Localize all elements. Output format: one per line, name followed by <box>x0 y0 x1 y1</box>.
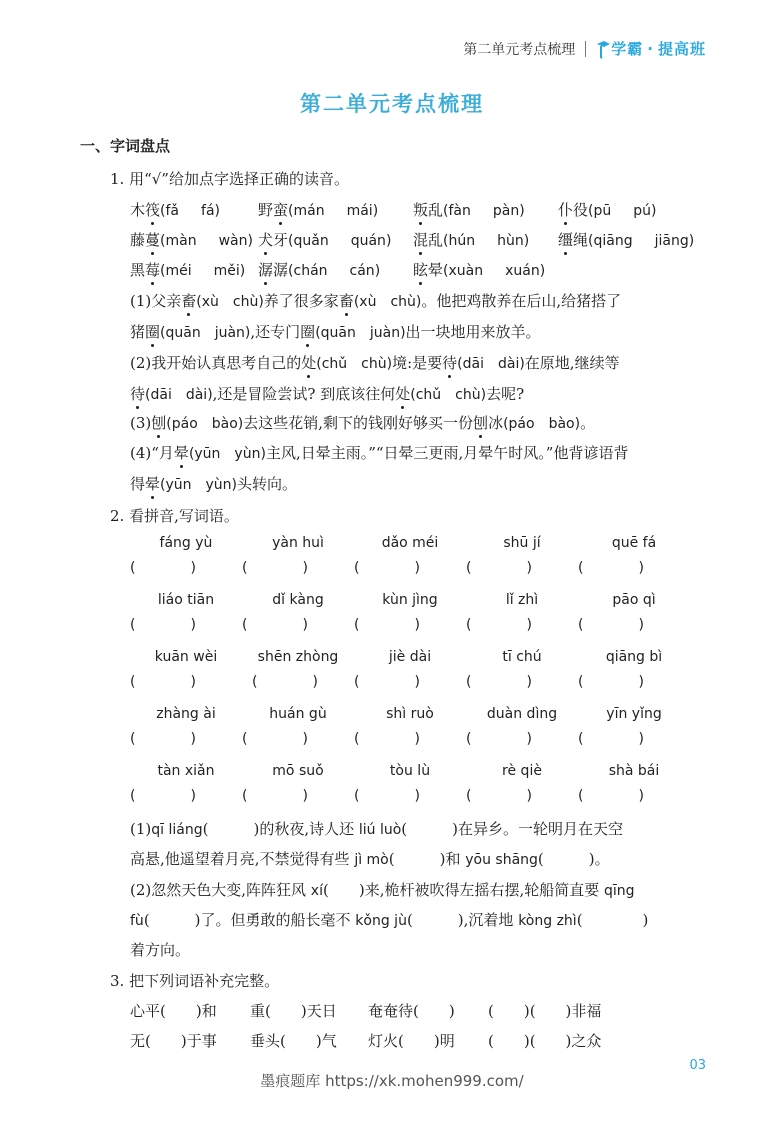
idiom-blank[interactable]: 重( )天日 <box>250 1000 368 1021</box>
pinyin-prompt: yōu shāng <box>465 852 538 868</box>
reading-option[interactable]: pàn <box>493 203 519 219</box>
dotted-char: 蛮 <box>273 199 288 220</box>
sentence-1-line-1: (1)父亲畜(xù chù)养了很多家畜(xù chù)。他把鸡散养在后山,给猪… <box>130 290 621 311</box>
dotted-char: 畜 <box>181 290 196 311</box>
reading-choice[interactable]: (dāi dài) <box>457 356 525 372</box>
pinyin-label: shì ruò <box>354 706 466 722</box>
answer-blank[interactable]: () <box>354 731 420 747</box>
reading-choice[interactable]: (quān juàn) <box>160 325 250 341</box>
answer-blank[interactable]: () <box>130 731 196 747</box>
answer-blank[interactable]: () <box>130 560 196 576</box>
reading-choice[interactable]: (xù chù) <box>196 294 264 310</box>
question-3-title: 3. 把下列词语补充完整。 <box>110 970 279 991</box>
pinyin-label: rè qiè <box>466 763 578 779</box>
word-row-3: 黑莓(méiměi)潺潺(cháncán)眩晕(xuànxuán) <box>130 259 573 280</box>
pinyin-prompt: kǒng jù <box>355 913 407 929</box>
dotted-char: 莓 <box>145 259 160 280</box>
pinyin-label: lǐ zhì <box>466 592 578 608</box>
answer-blank[interactable]: () <box>354 560 420 576</box>
answer-blank[interactable]: () <box>466 674 532 690</box>
reading-option[interactable]: quán <box>351 233 386 249</box>
pinyin-label: pāo qì <box>578 592 690 608</box>
idiom-blank[interactable]: ( )( )之众 <box>488 1030 601 1051</box>
pinyin-label: dǎo méi <box>354 535 466 551</box>
answer-blank[interactable]: () <box>466 560 532 576</box>
reading-option[interactable]: wàn <box>219 233 248 249</box>
pinyin-label: tī chú <box>466 649 578 665</box>
answer-blank[interactable]: () <box>466 731 532 747</box>
reading-option[interactable]: měi <box>214 263 240 279</box>
running-header: 第二单元考点梳理 学霸 · 提高班 <box>463 38 706 59</box>
footer-watermark: 墨痕题库 https://xk.mohen999.com/ <box>0 1070 784 1091</box>
word-item: 缰绳(qiāngjiāng) <box>558 229 718 250</box>
idiom-blank[interactable]: 无( )于事 <box>130 1030 250 1051</box>
word-item: 木筏(fǎfá) <box>130 199 258 220</box>
dotted-char: 待 <box>442 352 457 373</box>
page-title: 第二单元考点梳理 <box>0 88 784 118</box>
idiom-row-1: 心平( )和重( )天日奄奄待( )( )( )非福 <box>130 1000 601 1021</box>
pinyin-row: liáo tiān dǐ kàng kùn jìng lǐ zhì pāo qì <box>130 592 650 608</box>
answer-blank[interactable]: () <box>578 731 644 747</box>
dotted-char: 犬 <box>258 229 273 250</box>
passage-1-line-1: (1)qī liáng( )的秋夜,诗人还 liú luò( )在异乡。一轮明月… <box>130 818 623 839</box>
reading-option[interactable]: jiāng <box>655 233 689 249</box>
reading-choice[interactable]: (quān juàn) <box>315 325 405 341</box>
reading-option[interactable]: fàn <box>449 203 471 219</box>
pinyin-prompt: xí <box>311 883 323 899</box>
reading-choice[interactable]: (dāi dài) <box>145 387 213 403</box>
answer-blank[interactable]: () <box>130 788 196 804</box>
pinyin-label: kuān wèi <box>130 649 242 665</box>
reading-option[interactable]: màn <box>166 233 197 249</box>
reading-option[interactable]: xuàn <box>449 263 484 279</box>
fill-blank[interactable]: ( )的秋夜,诗人还 <box>203 820 359 838</box>
pinyin-label: yàn huì <box>242 535 354 551</box>
fill-blank[interactable]: ( )和 <box>389 850 465 868</box>
sentence-3: (3)刨(páo bào)去这些花销,剩下的钱刚好够买一份刨冰(páo bào)… <box>130 412 595 433</box>
pinyin-prompt: liú luò <box>359 822 401 838</box>
answer-row: () () () () () <box>130 560 650 576</box>
pinyin-label: fáng yù <box>130 535 242 551</box>
pinyin-label: tàn xiǎn <box>130 763 242 779</box>
dotted-char: 蔓 <box>145 229 160 250</box>
pinyin-label: mō suǒ <box>242 763 354 779</box>
dotted-char: 待 <box>130 383 145 404</box>
fill-blank[interactable]: ( )在异乡。一轮明月在天空 <box>401 820 623 838</box>
passage-2-line-3: 着方向。 <box>130 939 190 960</box>
reading-option[interactable]: xuán <box>505 263 540 279</box>
fill-blank[interactable]: ( )来,桅杆被吹得左摇右摆,轮船简直要 <box>323 881 604 899</box>
answer-blank[interactable]: () <box>242 731 308 747</box>
dotted-char: 仆 <box>558 199 573 220</box>
dotted-char: 缰 <box>558 229 573 250</box>
dotted-char: 晕 <box>145 473 160 494</box>
reading-choice[interactable]: (páo bào) <box>503 416 580 432</box>
dotted-char: 刨 <box>151 412 166 433</box>
passage-1-line-2: 高悬,他遥望着月亮,不禁觉得有些 jì mò( )和 yōu shāng( )。 <box>130 848 610 869</box>
dotted-char: 眩 <box>413 259 428 280</box>
pinyin-row: tàn xiǎn mō suǒ tòu lù rè qiè shà bái <box>130 763 650 779</box>
pinyin-label: huán gù <box>242 706 354 722</box>
answer-blank[interactable]: () <box>354 674 420 690</box>
word-item: 犬牙(quǎnquán) <box>258 229 413 250</box>
answer-blank[interactable]: () <box>466 788 532 804</box>
reading-option[interactable]: fǎ <box>166 203 180 219</box>
brand-separator: · <box>647 40 654 58</box>
pinyin-label: shà bái <box>578 763 690 779</box>
answer-row: () () () () () <box>130 617 650 633</box>
idiom-blank[interactable]: ( )( )非福 <box>488 1000 601 1021</box>
word-item: 眩晕(xuànxuán) <box>413 259 573 280</box>
answer-row: () () () () () <box>130 731 650 747</box>
pinyin-label: yīn yǐng <box>578 706 690 722</box>
pinyin-prompt: kòng zhì <box>518 913 577 929</box>
dotted-char: 刨 <box>473 412 488 433</box>
reading-option[interactable]: mán <box>294 203 325 219</box>
section-heading: 一、字词盘点 <box>80 135 170 156</box>
word-item: 野蛮(mánmái) <box>258 199 413 220</box>
dotted-char: 叛 <box>413 199 428 220</box>
reading-option[interactable]: chán <box>294 263 328 279</box>
pinyin-prompt: fù <box>130 913 144 929</box>
brand-logo: 学霸 · 提高班 <box>596 38 706 59</box>
reading-option[interactable]: mái <box>347 203 373 219</box>
graduation-cap-icon <box>596 39 610 59</box>
reading-option[interactable]: hùn <box>497 233 524 249</box>
dotted-char: 潺 <box>258 259 273 280</box>
dotted-char: 混 <box>413 229 428 250</box>
brand-name: 学霸 <box>611 38 643 59</box>
dotted-char: 畜 <box>339 290 354 311</box>
dotted-char: 处 <box>395 383 410 404</box>
word-item: 黑莓(méiměi) <box>130 259 258 280</box>
word-row-1: 木筏(fǎfá)野蛮(mánmái)叛乱(fànpàn)仆役(pūpú) <box>130 199 686 220</box>
pinyin-label: shū jí <box>466 535 578 551</box>
pinyin-prompt: qīng <box>604 883 635 899</box>
pinyin-label: kùn jìng <box>354 592 466 608</box>
pinyin-label: quē fá <box>578 535 690 551</box>
sentence-4-line-1: (4)“月晕(yūn yùn)主风,日晕主雨。”“日晕三更雨,月晕午时风。”他背… <box>130 442 628 463</box>
dotted-char: 筏 <box>145 199 160 220</box>
sentence-4-line-2: 得晕(yūn yùn)头转向。 <box>130 473 297 494</box>
pinyin-label: tòu lù <box>354 763 466 779</box>
fill-blank[interactable]: ( ) <box>577 911 649 929</box>
answer-blank[interactable]: () <box>242 560 308 576</box>
dotted-char: 处 <box>301 352 316 373</box>
reading-option[interactable]: méi <box>166 263 192 279</box>
word-item: 藤蔓(mànwàn) <box>130 229 258 250</box>
question-2-title: 2. 看拼音,写词语。 <box>110 505 239 526</box>
passage-2-line-1: (2)忽然天色大变,阵阵狂风 xí( )来,桅杆被吹得左摇右摆,轮船简直要 qī… <box>130 879 635 900</box>
pinyin-label: jiè dài <box>354 649 466 665</box>
reading-choice[interactable]: (yūn yùn) <box>189 446 266 462</box>
pinyin-row: zhàng ài huán gù shì ruò duàn dìng yīn y… <box>130 706 650 722</box>
sentence-1-line-2: 猪圈(quān juàn),还专门圈(quān juàn)出一块地用来放羊。 <box>130 321 541 342</box>
answer-blank[interactable]: () <box>466 617 532 633</box>
answer-blank[interactable]: () <box>130 617 196 633</box>
word-item: 仆役(pūpú) <box>558 199 686 220</box>
answer-blank[interactable]: () <box>578 788 644 804</box>
passage-2-line-2: fù( )了。但勇敢的船长毫不 kǒng jù( ),沉着地 kòng zhì(… <box>130 909 648 930</box>
answer-blank[interactable]: () <box>242 617 308 633</box>
sentence-2-line-2: 待(dāi dài),还是冒险尝试? 到底该往何处(chǔ chù)去呢? <box>130 383 524 404</box>
answer-blank[interactable]: () <box>578 674 644 690</box>
pinyin-prompt: jì mò <box>354 852 388 868</box>
idiom-blank[interactable]: 垂头( )气 <box>250 1030 368 1051</box>
pinyin-prompt: qī liáng <box>151 822 202 838</box>
answer-blank[interactable]: () <box>578 560 644 576</box>
pinyin-label: qiāng bì <box>578 649 690 665</box>
dotted-char: 晕 <box>174 442 189 463</box>
reading-option[interactable]: quǎn <box>294 233 329 249</box>
word-item: 混乱(húnhùn) <box>413 229 558 250</box>
reading-option[interactable]: fá <box>201 203 215 219</box>
reading-choice[interactable]: (yūn yùn) <box>160 477 237 493</box>
reading-option[interactable]: cán <box>350 263 375 279</box>
idiom-blank[interactable]: 心平( )和 <box>130 1000 250 1021</box>
answer-blank[interactable]: () <box>354 788 420 804</box>
word-row-2: 藤蔓(mànwàn)犬牙(quǎnquán)混乱(húnhùn)缰绳(qiāng… <box>130 229 718 250</box>
word-item: 潺潺(cháncán) <box>258 259 413 280</box>
pinyin-label: liáo tiān <box>130 592 242 608</box>
reading-choice[interactable]: (chǔ chù) <box>410 387 486 403</box>
reading-option[interactable]: pū <box>594 203 612 219</box>
answer-blank[interactable]: () <box>130 674 196 690</box>
word-item: 叛乱(fànpàn) <box>413 199 558 220</box>
reading-option[interactable]: qiāng <box>594 233 633 249</box>
question-1-title: 1. 用“√”给加点字选择正确的读音。 <box>110 168 349 189</box>
pinyin-label: duàn dìng <box>466 706 578 722</box>
dotted-char: 圈 <box>145 321 160 342</box>
fill-blank[interactable]: ( )了。但勇敢的船长毫不 <box>144 911 355 929</box>
reading-choice[interactable]: (xù chù) <box>354 294 422 310</box>
idiom-row-2: 无( )于事垂头( )气灯火( )明( )( )之众 <box>130 1030 601 1051</box>
pinyin-row: fáng yù yàn huì dǎo méi shū jí quē fá <box>130 535 650 551</box>
fill-blank[interactable]: ( ),沉着地 <box>407 911 518 929</box>
idiom-blank[interactable]: 奄奄待( ) <box>368 1000 488 1021</box>
answer-blank[interactable]: () <box>242 788 308 804</box>
sentence-2-line-1: (2)我开始认真思考自己的处(chǔ chù)境:是要待(dāi dài)在原地… <box>130 352 620 373</box>
answer-blank[interactable]: () <box>354 617 420 633</box>
pinyin-row: kuān wèi shēn zhòng jiè dài tī chú qiāng… <box>130 649 650 665</box>
reading-option[interactable]: hún <box>449 233 476 249</box>
pinyin-label: zhàng ài <box>130 706 242 722</box>
answer-blank[interactable]: () <box>578 617 644 633</box>
reading-choice[interactable]: (chǔ chù) <box>316 356 392 372</box>
answer-row: () () () () () <box>130 788 650 804</box>
reading-choice[interactable]: (páo bào) <box>166 416 243 432</box>
header-section-title: 第二单元考点梳理 <box>463 39 575 59</box>
pinyin-label: shēn zhòng <box>242 649 354 665</box>
pinyin-label: dǐ kàng <box>242 592 354 608</box>
answer-blank[interactable]: () <box>252 674 318 690</box>
idiom-blank[interactable]: 灯火( )明 <box>368 1030 488 1051</box>
reading-option[interactable]: pú <box>633 203 651 219</box>
answer-row: () () () () () <box>130 674 650 690</box>
brand-subtitle: 提高班 <box>658 38 706 59</box>
header-divider <box>585 41 586 57</box>
fill-blank[interactable]: ( )。 <box>538 850 610 868</box>
dotted-char: 圈 <box>300 321 315 342</box>
